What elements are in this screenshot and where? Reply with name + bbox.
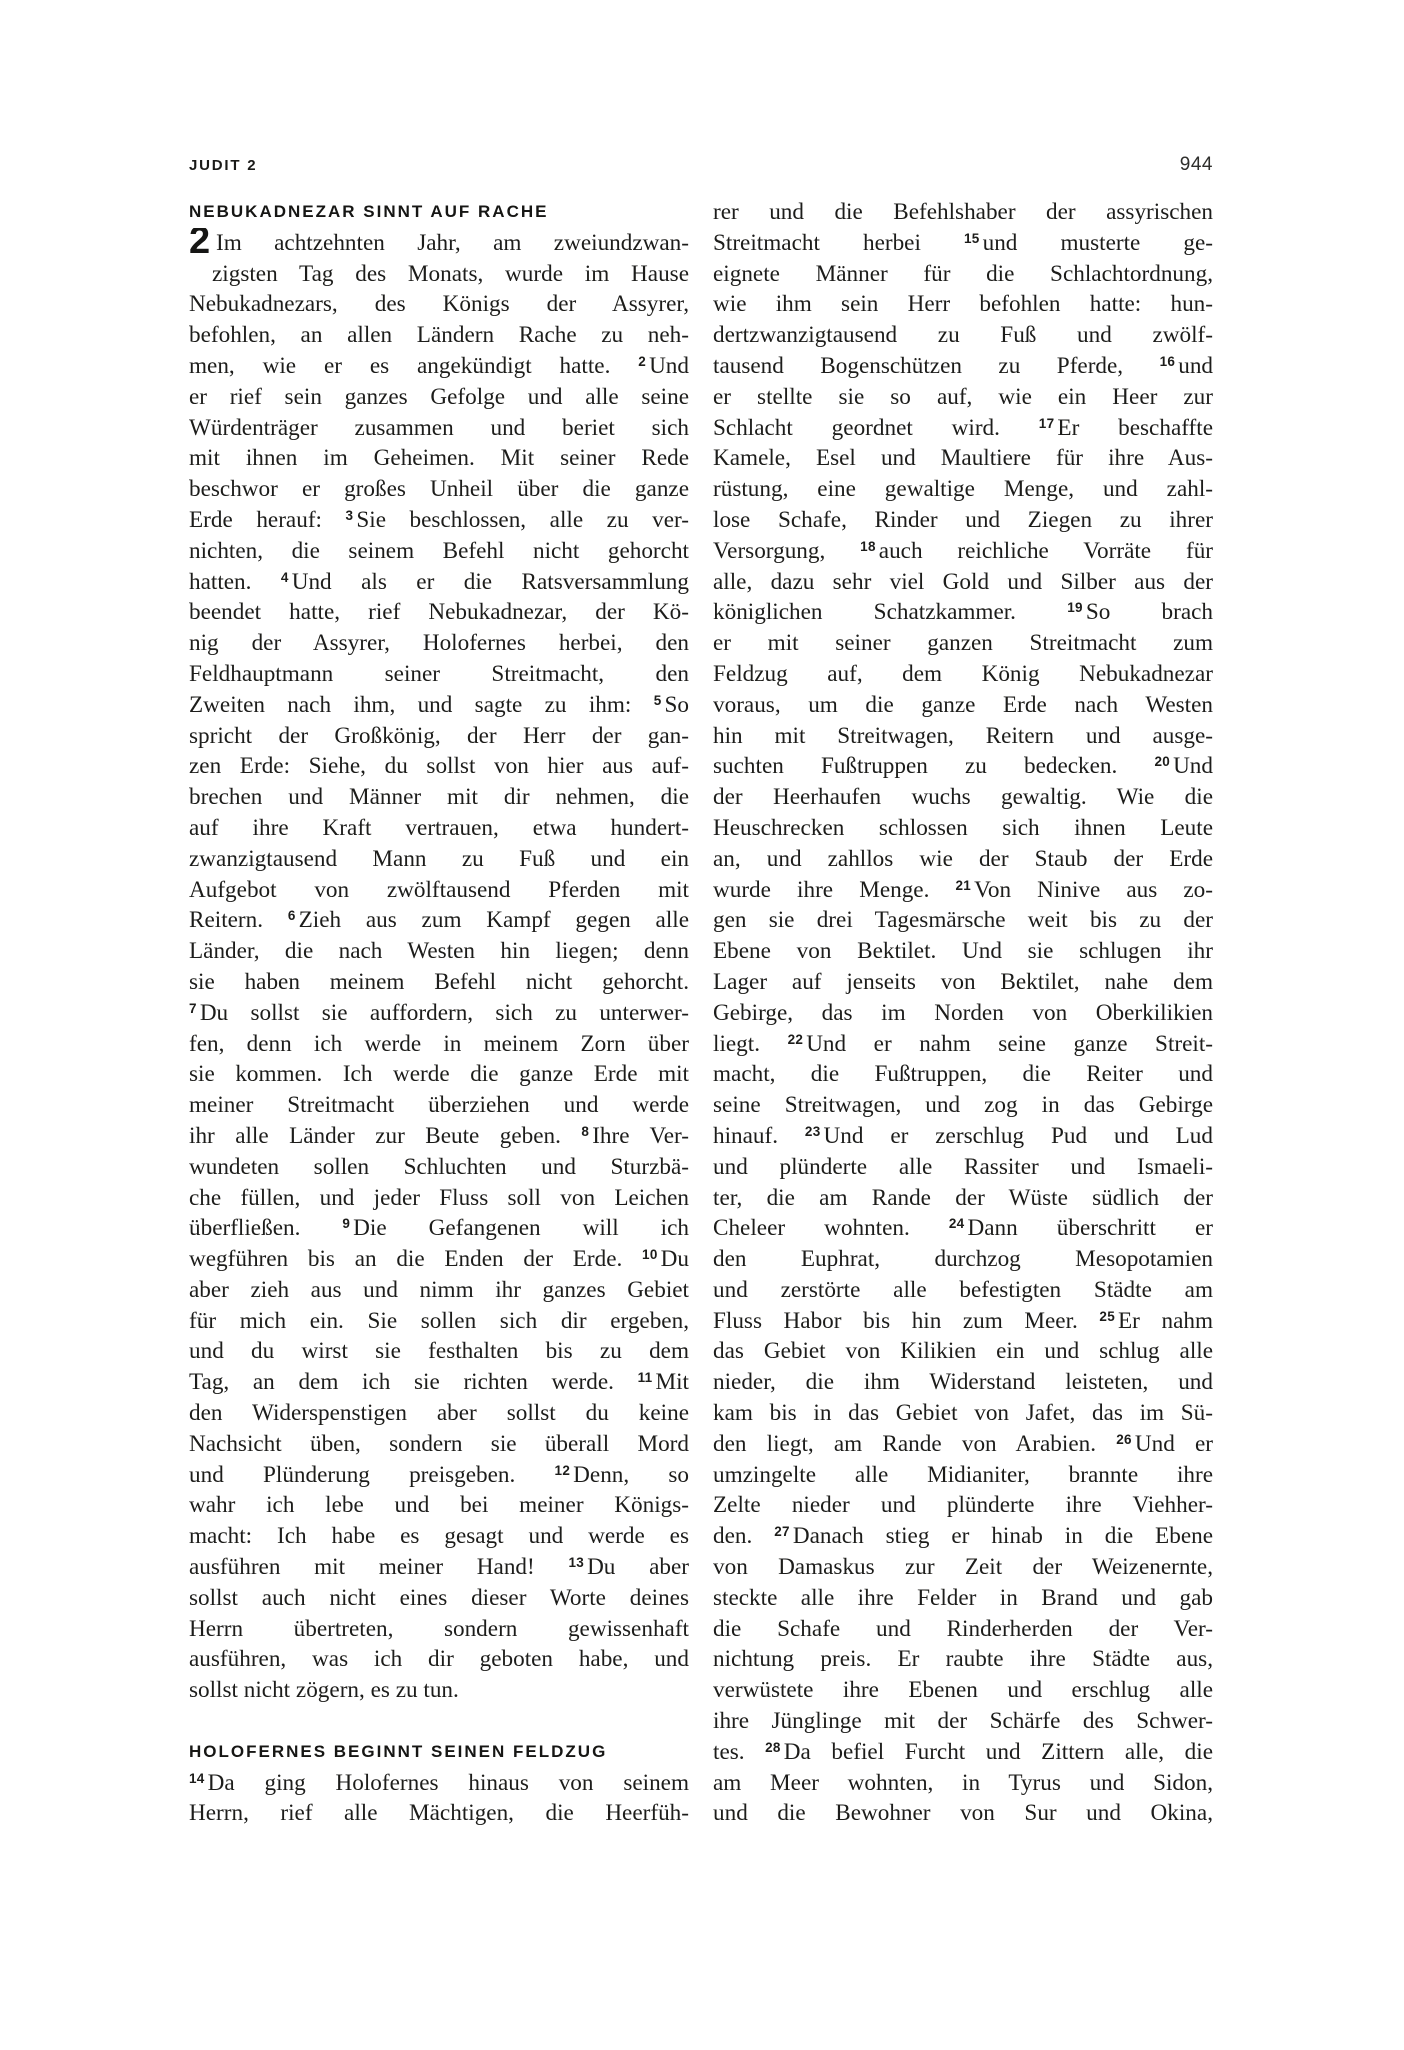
verse-number: 15 — [964, 231, 980, 246]
verse-number: 13 — [568, 1555, 584, 1570]
text-line: sollst auch nicht eines dieser Worte dei… — [189, 1583, 689, 1614]
text-line: sie kommen. Ich werde die ganze Erde mit — [189, 1059, 689, 1090]
text-line: den Widerspenstigen aber sollst du keine — [189, 1398, 689, 1429]
left-column: NEBUKADNEZAR SINNT AUF RACHE2Im achtzehn… — [189, 197, 689, 1829]
text-line: macht: Ich habe es gesagt und werde es — [189, 1521, 689, 1552]
text-line: Ebene von Bektilet. Und sie schlugen ihr — [713, 936, 1213, 967]
verse-number: 18 — [860, 539, 876, 554]
text-line: ihre Jünglinge mit der Schärfe des Schwe… — [713, 1706, 1213, 1737]
text-line: Reitern. 6Zieh aus zum Kampf gegen alle — [189, 905, 689, 936]
text-line: wundeten sollen Schluchten und Sturzbä- — [189, 1152, 689, 1183]
text-line: den Euphrat, durchzog Mesopotamien — [713, 1244, 1213, 1275]
text-line: Herrn, rief alle Mächtigen, die Heerfüh- — [189, 1798, 689, 1829]
text-line: nig der Assyrer, Holofernes herbei, den — [189, 628, 689, 659]
text-line: tes. 28Da befiel Furcht und Zittern alle… — [713, 1737, 1213, 1768]
text-line: gen sie drei Tagesmärsche weit bis zu de… — [713, 905, 1213, 936]
page-number: 944 — [1180, 155, 1213, 175]
text-line: Zelte nieder und plünderte ihre Viehher- — [713, 1490, 1213, 1521]
text-line: lose Schafe, Rinder und Ziegen zu ihrer — [713, 505, 1213, 536]
text-line: verwüstete ihre Ebenen und erschlug alle — [713, 1675, 1213, 1706]
verse-number: 4 — [281, 570, 289, 585]
text-line: suchten Fußtruppen zu bedecken. 20Und — [713, 751, 1213, 782]
text-line: am Meer wohnten, in Tyrus und Sidon, — [713, 1768, 1213, 1799]
chapter-number: 2 — [189, 228, 210, 259]
text-line: und plünderte alle Rassiter und Ismaeli- — [713, 1152, 1213, 1183]
text-line: rer und die Befehlshaber der assyrischen — [713, 197, 1213, 228]
text-line: und du wirst sie festhalten bis zu dem — [189, 1336, 689, 1367]
text-line: er mit seiner ganzen Streitmacht zum — [713, 628, 1213, 659]
text-line: Tag, an dem ich sie richten werde. 11Mit — [189, 1367, 689, 1398]
text-line: brechen und Männer mit dir nehmen, die — [189, 782, 689, 813]
text-line: Cheleer wohnten. 24Dann überschritt er — [713, 1213, 1213, 1244]
text-line: liegt. 22Und er nahm seine ganze Streit- — [713, 1029, 1213, 1060]
text-line: 2Im achtzehnten Jahr, am zweiundzwan- — [189, 228, 689, 259]
text-line: mit ihnen im Geheimen. Mit seiner Rede — [189, 443, 689, 474]
running-head-title: JUDIT 2 — [189, 156, 257, 176]
bible-page: JUDIT 2 944 NEBUKADNEZAR SINNT AUF RACHE… — [0, 0, 1404, 2050]
text-line: zigsten Tag des Monats, wurde im Hause — [189, 259, 689, 290]
verse-number: 7 — [189, 1001, 197, 1016]
text-line: alle, dazu sehr viel Gold und Silber aus… — [713, 567, 1213, 598]
text-line: spricht der Großkönig, der Herr der gan- — [189, 721, 689, 752]
verse-number: 3 — [346, 508, 354, 523]
text-line: Lager auf jenseits von Bektilet, nahe de… — [713, 967, 1213, 998]
text-line: Länder, die nach Westen hin liegen; denn — [189, 936, 689, 967]
text-line: zen Erde: Siehe, du sollst von hier aus … — [189, 751, 689, 782]
text-line: den. 27Danach stieg er hinab in die Eben… — [713, 1521, 1213, 1552]
text-line: voraus, um die ganze Erde nach Westen — [713, 690, 1213, 721]
text-line: Feldzug auf, dem König Nebukadnezar — [713, 659, 1213, 690]
text-line: befohlen, an allen Ländern Rache zu neh- — [189, 320, 689, 351]
text-line: Würdenträger zusammen und beriet sich — [189, 413, 689, 444]
text-line: die Schafe und Rinderherden der Ver- — [713, 1614, 1213, 1645]
verse-number: 28 — [765, 1740, 781, 1755]
text-line: hinauf. 23Und er zerschlug Pud und Lud — [713, 1121, 1213, 1152]
text-line: das Gebiet von Kilikien ein und schlug a… — [713, 1336, 1213, 1367]
right-column: rer und die Befehlshaber der assyrischen… — [713, 197, 1213, 1829]
text-line: der Heerhaufen wuchs gewaltig. Wie die — [713, 782, 1213, 813]
text-line: steckte alle ihre Felder in Brand und ga… — [713, 1583, 1213, 1614]
verse-number: 21 — [956, 878, 972, 893]
text-line: nichten, die seinem Befehl nicht gehorch… — [189, 536, 689, 567]
text-line: wahr ich lebe und bei meiner Königs- — [189, 1490, 689, 1521]
text-line: er stellte sie so auf, wie ein Heer zur — [713, 382, 1213, 413]
text-line: Zweiten nach ihm, und sagte zu ihm: 5So — [189, 690, 689, 721]
text-line: nieder, die ihm Widerstand leisteten, un… — [713, 1367, 1213, 1398]
text-line: Streitmacht herbei 15und musterte ge- — [713, 228, 1213, 259]
verse-number: 11 — [638, 1370, 653, 1385]
section-heading: HOLOFERNES BEGINNT SEINEN FELDZUG — [189, 1737, 689, 1768]
running-head: JUDIT 2 944 — [189, 155, 1213, 176]
text-line: Aufgebot von zwölftausend Pferden mit — [189, 875, 689, 906]
text-line: beendet hatte, rief Nebukadnezar, der Kö… — [189, 597, 689, 628]
text-line: auf ihre Kraft vertrauen, etwa hundert- — [189, 813, 689, 844]
text-line: ausführen mit meiner Hand! 13Du aber — [189, 1552, 689, 1583]
text-line: Nebukadnezars, des Königs der Assyrer, — [189, 289, 689, 320]
verse-number: 8 — [581, 1124, 589, 1139]
text-line: überfließen. 9Die Gefangenen will ich — [189, 1213, 689, 1244]
text-line: hatten. 4Und als er die Ratsversammlung — [189, 567, 689, 598]
text-line: dertzwanzigtausend zu Fuß und zwölf- — [713, 320, 1213, 351]
text-line: men, wie er es angekündigt hatte. 2Und — [189, 351, 689, 382]
text-line: sollst nicht zögern, es zu tun. — [189, 1675, 689, 1706]
text-line: von Damaskus zur Zeit der Weizenernte, — [713, 1552, 1213, 1583]
text-line: königlichen Schatzkammer. 19So brach — [713, 597, 1213, 628]
verse-number: 16 — [1160, 354, 1176, 369]
verse-number: 26 — [1116, 1432, 1132, 1447]
text-line: Kamele, Esel und Maultiere für ihre Aus- — [713, 443, 1213, 474]
text-line: seine Streitwagen, und zog in das Gebirg… — [713, 1090, 1213, 1121]
verse-number: 6 — [288, 908, 296, 923]
text-line: Heuschrecken schlossen sich ihnen Leute — [713, 813, 1213, 844]
text-columns: NEBUKADNEZAR SINNT AUF RACHE2Im achtzehn… — [189, 197, 1213, 1829]
text-line: macht, die Fußtruppen, die Reiter und — [713, 1059, 1213, 1090]
text-line: Herrn übertreten, sondern gewissenhaft — [189, 1614, 689, 1645]
text-line: wie ihm sein Herr befohlen hatte: hun- — [713, 289, 1213, 320]
verse-number: 12 — [555, 1463, 571, 1478]
text-line: beschwor er großes Unheil über die ganze — [189, 474, 689, 505]
verse-number: 5 — [654, 693, 662, 708]
text-line: Versorgung, 18auch reichliche Vorräte fü… — [713, 536, 1213, 567]
text-line: Gebirge, das im Norden von Oberkilikien — [713, 998, 1213, 1029]
text-line: hin mit Streitwagen, Reitern und ausge- — [713, 721, 1213, 752]
text-line: kam bis in das Gebiet von Jafet, das im … — [713, 1398, 1213, 1429]
section-heading: NEBUKADNEZAR SINNT AUF RACHE — [189, 197, 689, 228]
text-line: und zerstörte alle befestigten Städte am — [713, 1275, 1213, 1306]
text-line: an, und zahllos wie der Staub der Erde — [713, 844, 1213, 875]
verse-number: 27 — [774, 1524, 790, 1539]
text-line: nichtung preis. Er raubte ihre Städte au… — [713, 1644, 1213, 1675]
text-line: 7Du sollst sie auffordern, sich zu unter… — [189, 998, 689, 1029]
verse-number: 9 — [342, 1216, 350, 1231]
verse-number: 25 — [1099, 1309, 1115, 1324]
verse-number: 23 — [805, 1124, 821, 1139]
text-line: und die Bewohner von Sur und Okina, — [713, 1798, 1213, 1829]
text-line: Feldhauptmann seiner Streitmacht, den — [189, 659, 689, 690]
text-line: sie haben meinem Befehl nicht gehorcht. — [189, 967, 689, 998]
verse-number: 14 — [189, 1771, 205, 1786]
text-line: tausend Bogenschützen zu Pferde, 16und — [713, 351, 1213, 382]
verse-number: 2 — [638, 354, 646, 369]
text-line: eignete Männer für die Schlachtordnung, — [713, 259, 1213, 290]
text-line: er rief sein ganzes Gefolge und alle sei… — [189, 382, 689, 413]
text-line: Erde herauf: 3Sie beschlossen, alle zu v… — [189, 505, 689, 536]
text-line: Fluss Habor bis hin zum Meer. 25Er nahm — [713, 1306, 1213, 1337]
verse-number: 19 — [1067, 600, 1083, 615]
text-line: rüstung, eine gewaltige Menge, und zahl- — [713, 474, 1213, 505]
text-line: und Plünderung preisgeben. 12Denn, so — [189, 1460, 689, 1491]
blank-line — [189, 1706, 689, 1737]
text-line: che füllen, und jeder Fluss soll von Lei… — [189, 1183, 689, 1214]
text-line: für mich ein. Sie sollen sich dir ergebe… — [189, 1306, 689, 1337]
text-line: umzingelte alle Midianiter, brannte ihre — [713, 1460, 1213, 1491]
verse-number: 10 — [642, 1247, 658, 1262]
verse-number: 20 — [1154, 754, 1170, 769]
text-line: aber zieh aus und nimm ihr ganzes Gebiet — [189, 1275, 689, 1306]
text-line: wegführen bis an die Enden der Erde. 10D… — [189, 1244, 689, 1275]
text-line: ausführen, was ich dir geboten habe, und — [189, 1644, 689, 1675]
verse-number: 24 — [949, 1216, 965, 1231]
text-line: 14Da ging Holofernes hinaus von seinem — [189, 1768, 689, 1799]
text-line: zwanzigtausend Mann zu Fuß und ein — [189, 844, 689, 875]
text-line: meiner Streitmacht überziehen und werde — [189, 1090, 689, 1121]
text-line: den liegt, am Rande von Arabien. 26Und e… — [713, 1429, 1213, 1460]
text-line: wurde ihre Menge. 21Von Ninive aus zo- — [713, 875, 1213, 906]
verse-number: 22 — [788, 1032, 804, 1047]
text-line: Nachsicht üben, sondern sie überall Mord — [189, 1429, 689, 1460]
text-line: ihr alle Länder zur Beute geben. 8Ihre V… — [189, 1121, 689, 1152]
verse-number: 17 — [1039, 416, 1055, 431]
text-line: Schlacht geordnet wird. 17Er beschaffte — [713, 413, 1213, 444]
text-line: ter, die am Rande der Wüste südlich der — [713, 1183, 1213, 1214]
text-line: fen, denn ich werde in meinem Zorn über — [189, 1029, 689, 1060]
